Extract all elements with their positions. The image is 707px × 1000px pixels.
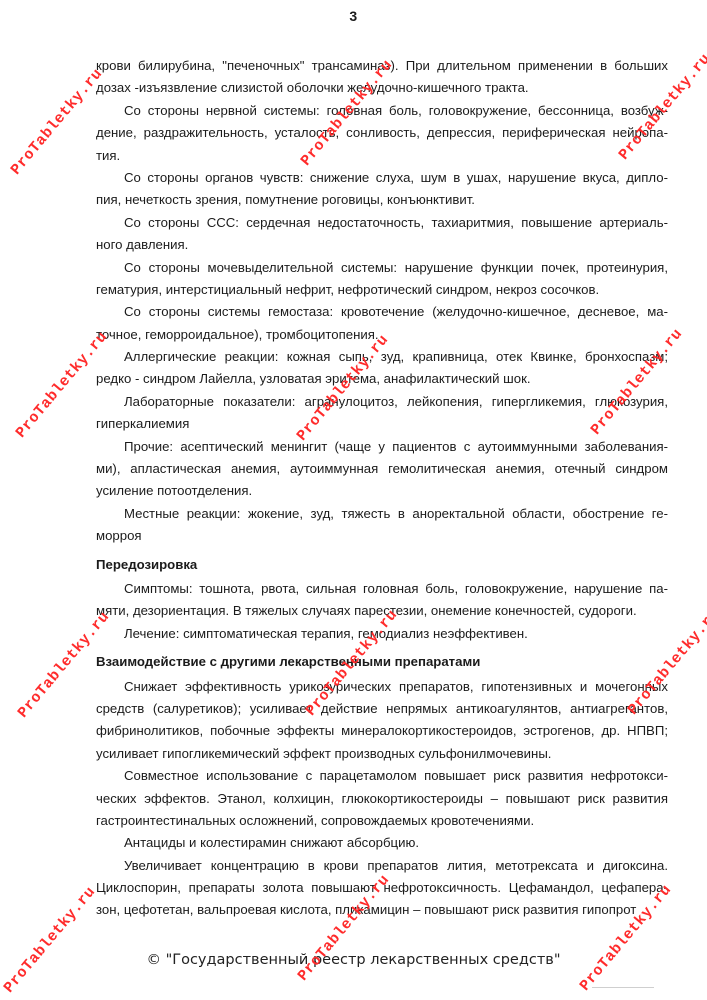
text-line: средств (салуретиков); усиливает действи… bbox=[96, 698, 668, 720]
paragraph: Снижает эффективность урикозурических пр… bbox=[96, 676, 668, 766]
paragraph: Со стороны ССС: сердечная недостаточност… bbox=[96, 212, 668, 257]
text-line: точное, геморроидальное), тромбоцитопени… bbox=[96, 324, 668, 346]
text-line: Со стороны органов чувств: снижение слух… bbox=[96, 167, 668, 189]
watermark: ProTabletky.ru bbox=[8, 66, 107, 179]
text-line: Со стороны мочевыделительной системы: на… bbox=[96, 257, 668, 279]
footer-copyright: © "Государственный реестр лекарственных … bbox=[0, 952, 707, 968]
text-line: Совместное использование с парацетамолом… bbox=[96, 765, 668, 787]
paragraph: Лабораторные показатели: агранулоцитоз, … bbox=[96, 391, 668, 436]
text-line: усиливает гипогликемический эффект произ… bbox=[96, 743, 668, 765]
text-line: зон, цефотетан, вальпроевая кислота, пли… bbox=[96, 899, 668, 921]
text-line: Антациды и колестирамин снижают абсорбци… bbox=[96, 832, 668, 854]
page-number: 3 bbox=[0, 8, 707, 24]
text-line: дение, раздражительность, усталость, сон… bbox=[96, 122, 668, 144]
text-line: Передозировка bbox=[96, 554, 668, 576]
text-line: Лечение: симптоматическая терапия, гемод… bbox=[96, 623, 668, 645]
text-line: редко - синдром Лайелла, узловатая эрите… bbox=[96, 368, 668, 390]
paragraph: Прочие: асептический менингит (чаще у па… bbox=[96, 436, 668, 503]
text-line: ческих эффектов. Этанол, колхицин, глюко… bbox=[96, 788, 668, 810]
text-line: Прочие: асептический менингит (чаще у па… bbox=[96, 436, 668, 458]
text-line: тия. bbox=[96, 145, 668, 167]
text-line: гастроинтестинальных осложнений, сопрово… bbox=[96, 810, 668, 832]
text-line: Лабораторные показатели: агранулоцитоз, … bbox=[96, 391, 668, 413]
text-line: Снижает эффективность урикозурических пр… bbox=[96, 676, 668, 698]
text-line: Взаимодействие с другими лекарственными … bbox=[96, 651, 668, 673]
section-heading: Передозировка bbox=[96, 554, 668, 576]
text-line: гематурия, интерстициальный нефрит, нефр… bbox=[96, 279, 668, 301]
text-line: Аллергические реакции: кожная сыпь, зуд,… bbox=[96, 346, 668, 368]
document-body: крови билирубина, "печеночных" трансамин… bbox=[96, 55, 668, 922]
text-line: усиление потоотделения. bbox=[96, 480, 668, 502]
text-line: морроя bbox=[96, 525, 668, 547]
paragraph: Лечение: симптоматическая терапия, гемод… bbox=[96, 623, 668, 645]
paragraph: Совместное использование с парацетамолом… bbox=[96, 765, 668, 832]
page-bottom-rule bbox=[592, 987, 654, 988]
text-line: пия, нечеткость зрения, помутнение рогов… bbox=[96, 189, 668, 211]
text-line: Со стороны ССС: сердечная недостаточност… bbox=[96, 212, 668, 234]
text-line: Со стороны нервной системы: головная бол… bbox=[96, 100, 668, 122]
text-line: дозах -изъязвление слизистой оболочки же… bbox=[96, 77, 668, 99]
text-line: Со стороны системы гемостаза: кровотечен… bbox=[96, 301, 668, 323]
paragraph: Симптомы: тошнота, рвота, сильная головн… bbox=[96, 578, 668, 623]
document-page: 3 крови билирубина, "печеночных" трансам… bbox=[0, 0, 707, 1000]
paragraph: Со стороны системы гемостаза: кровотечен… bbox=[96, 301, 668, 346]
text-line: гиперкалиемия bbox=[96, 413, 668, 435]
text-line: Увеличивает концентрацию в крови препара… bbox=[96, 855, 668, 877]
paragraph: Со стороны мочевыделительной системы: на… bbox=[96, 257, 668, 302]
text-line: фибринолитиков, побочные эффекты минерал… bbox=[96, 720, 668, 742]
text-line: крови билирубина, "печеночных" трансамин… bbox=[96, 55, 668, 77]
watermark: ProTabletky.ru bbox=[1, 884, 100, 997]
paragraph: Увеличивает концентрацию в крови препара… bbox=[96, 855, 668, 922]
text-line: ми), апластическая анемия, аутоиммунная … bbox=[96, 458, 668, 480]
paragraph: крови билирубина, "печеночных" трансамин… bbox=[96, 55, 668, 100]
text-line: Местные реакции: жокение, зуд, тяжесть в… bbox=[96, 503, 668, 525]
section-heading: Взаимодействие с другими лекарственными … bbox=[96, 651, 668, 673]
text-line: мяти, дезориентация. В тяжелых случаях п… bbox=[96, 600, 668, 622]
paragraph: Аллергические реакции: кожная сыпь, зуд,… bbox=[96, 346, 668, 391]
paragraph: Местные реакции: жокение, зуд, тяжесть в… bbox=[96, 503, 668, 548]
text-line: Симптомы: тошнота, рвота, сильная головн… bbox=[96, 578, 668, 600]
text-line: Циклоспорин, препараты золота повышают н… bbox=[96, 877, 668, 899]
text-line: ного давления. bbox=[96, 234, 668, 256]
paragraph: Антациды и колестирамин снижают абсорбци… bbox=[96, 832, 668, 854]
paragraph: Со стороны нервной системы: головная бол… bbox=[96, 100, 668, 167]
paragraph: Со стороны органов чувств: снижение слух… bbox=[96, 167, 668, 212]
